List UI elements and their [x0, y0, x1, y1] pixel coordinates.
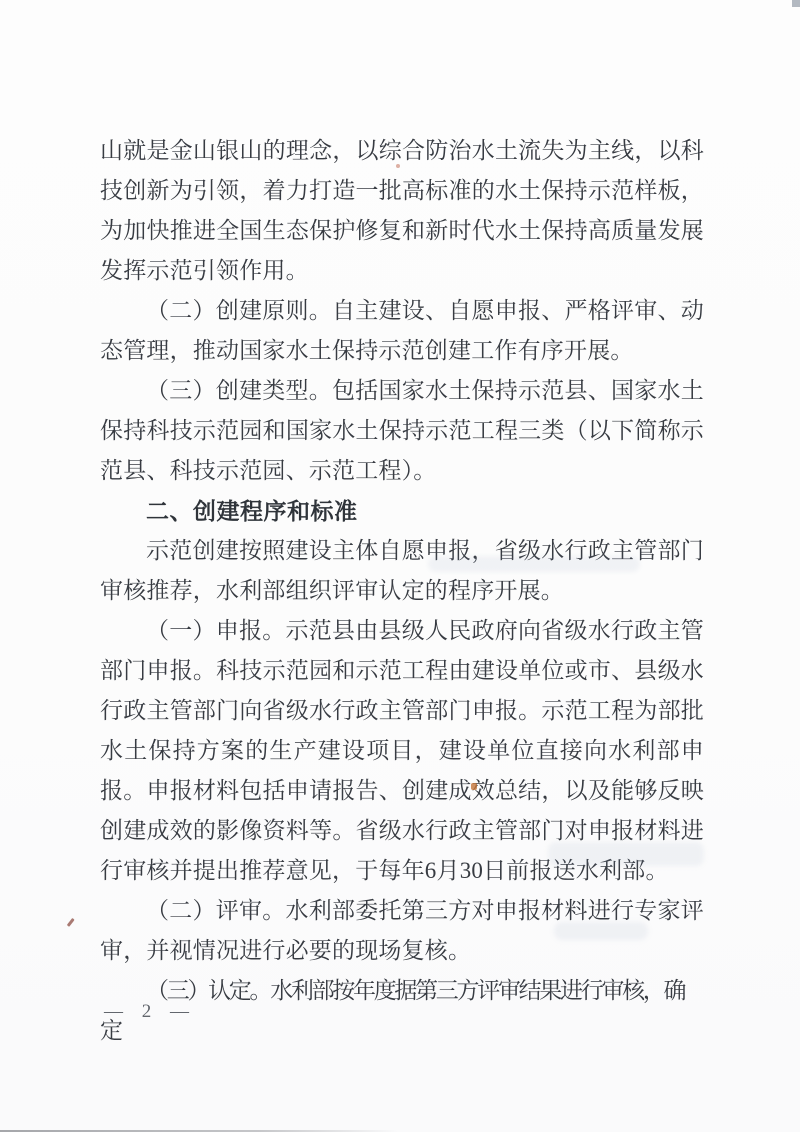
paragraph-creation-type: （三）创建类型。包括国家水土保持示范县、国家水土保持科技示范园和国家水土保持示范… [100, 371, 704, 491]
scanned-document-page: 山就是金山银山的理念，以综合防治水土流失为主线，以科技创新为引领，着力打造一批高… [0, 0, 800, 1132]
scan-speck-artifact [396, 164, 400, 168]
paragraph-review: （二）评审。水利部委托第三方对申报材料进行专家评审，并视情况进行必要的现场复核。 [100, 891, 704, 971]
document-content: 山就是金山银山的理念，以综合防治水土流失为主线，以科技创新为引领，着力打造一批高… [100, 131, 704, 1051]
scan-tick-artifact [67, 918, 75, 927]
paragraph-declaration: （一）申报。示范县由县级人民政府向省级水行政主管部门申报。科技示范园和示范工程由… [100, 611, 704, 891]
scan-corner-artifact [792, 0, 800, 7]
paragraph-creation-principle: （二）创建原则。自主建设、自愿申报、严格评审、动态管理，推动国家水土保持示范创建… [100, 291, 704, 371]
paragraph-procedure-intro: 示范创建按照建设主体自愿申报，省级水行政主管部门审核推荐，水利部组织评审认定的程… [100, 531, 704, 611]
paragraph-continuation: 山就是金山银山的理念，以综合防治水土流失为主线，以科技创新为引领，着力打造一批高… [100, 131, 704, 291]
page-number: — 2 — [104, 1000, 196, 1024]
scan-speck-artifact [471, 783, 477, 790]
section-heading-procedures-standards: 二、创建程序和标准 [100, 491, 704, 531]
